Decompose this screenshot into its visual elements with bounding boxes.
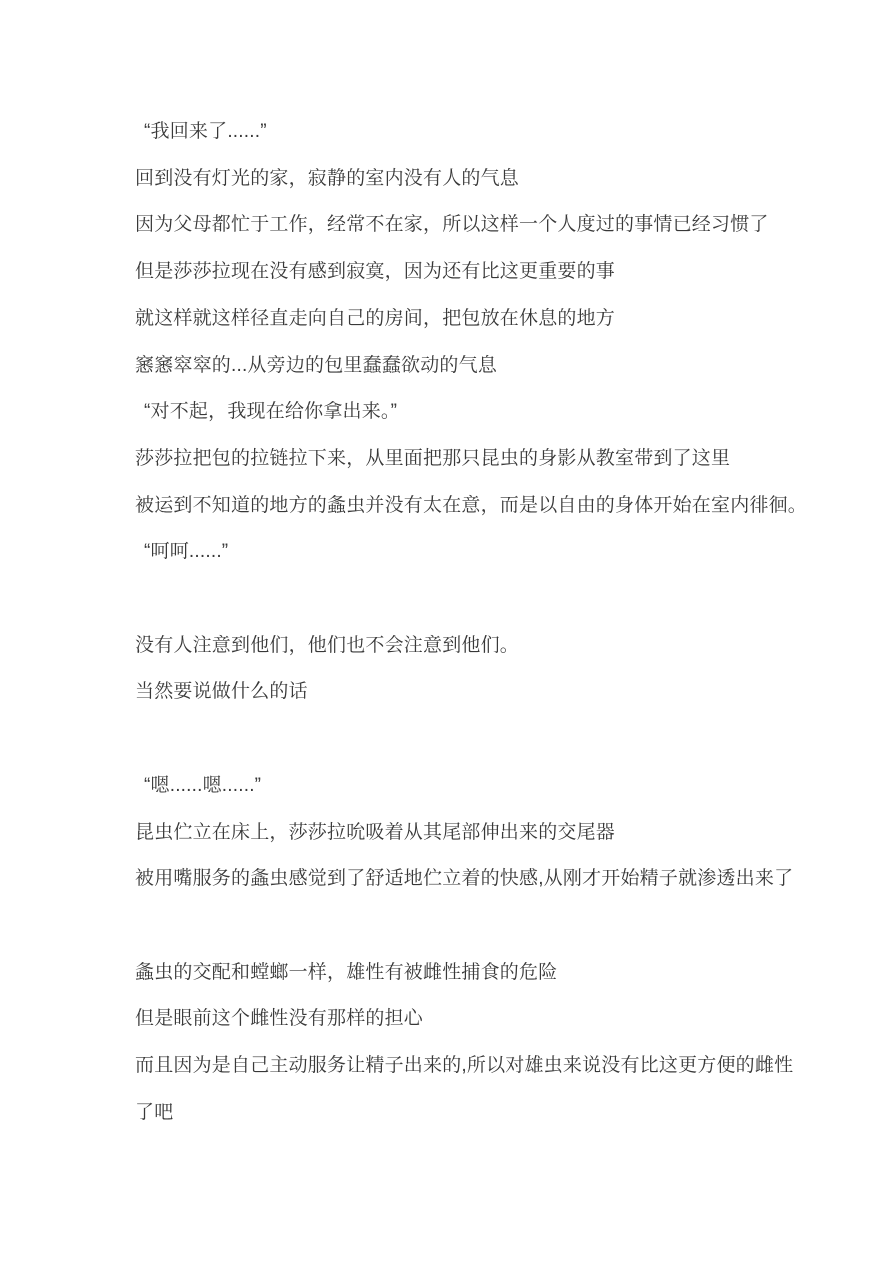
text-line: “呵呵......” bbox=[135, 529, 795, 576]
text-line: “对不起，我现在给你拿出来。” bbox=[135, 389, 795, 436]
text-line: 但是莎莎拉现在没有感到寂寞，因为还有比这更重要的事 bbox=[135, 249, 795, 296]
document-page: “我回来了......”回到没有灯光的家，寂静的室内没有人的气息因为父母都忙于工… bbox=[0, 0, 892, 1262]
text-line: 被运到不知道的地方的螽虫并没有太在意，而是以自由的身体开始在室内徘徊。 bbox=[135, 483, 795, 530]
text-line: “嗯......嗯......” bbox=[135, 763, 795, 810]
text-line: 被用嘴服务的螽虫感觉到了舒适地伫立着的快感,从刚才开始精子就渗透出来了 bbox=[135, 856, 795, 903]
text-line: 昆虫伫立在床上，莎莎拉吮吸着从其尾部伸出来的交尾器 bbox=[135, 810, 795, 857]
text-line: 莎莎拉把包的拉链拉下来，从里面把那只昆虫的身影从教室带到了这里 bbox=[135, 436, 795, 483]
text-line: 而且因为是自己主动服务让精子出来的,所以对雄虫来说没有比这更方便的雌性 bbox=[135, 1043, 795, 1090]
text-line: 了吧 bbox=[135, 1090, 795, 1137]
text-line: 但是眼前这个雌性没有那样的担心 bbox=[135, 996, 795, 1043]
text-line: 回到没有灯光的家，寂静的室内没有人的气息 bbox=[135, 156, 795, 203]
text-line: 没有人注意到他们，他们也不会注意到他们。 bbox=[135, 623, 795, 670]
text-line: 当然要说做什么的话 bbox=[135, 669, 795, 716]
text-line: 因为父母都忙于工作，经常不在家，所以这样一个人度过的事情已经习惯了 bbox=[135, 202, 795, 249]
text-content: “我回来了......”回到没有灯光的家，寂静的室内没有人的气息因为父母都忙于工… bbox=[135, 109, 795, 1136]
text-line: 就这样就这样径直走向自己的房间，把包放在休息的地方 bbox=[135, 296, 795, 343]
text-line: 窸窸窣窣的...从旁边的包里蠢蠢欲动的气息 bbox=[135, 343, 795, 390]
text-line: 螽虫的交配和螳螂一样，雄性有被雌性捕食的危险 bbox=[135, 950, 795, 997]
text-line: “我回来了......” bbox=[135, 109, 795, 156]
